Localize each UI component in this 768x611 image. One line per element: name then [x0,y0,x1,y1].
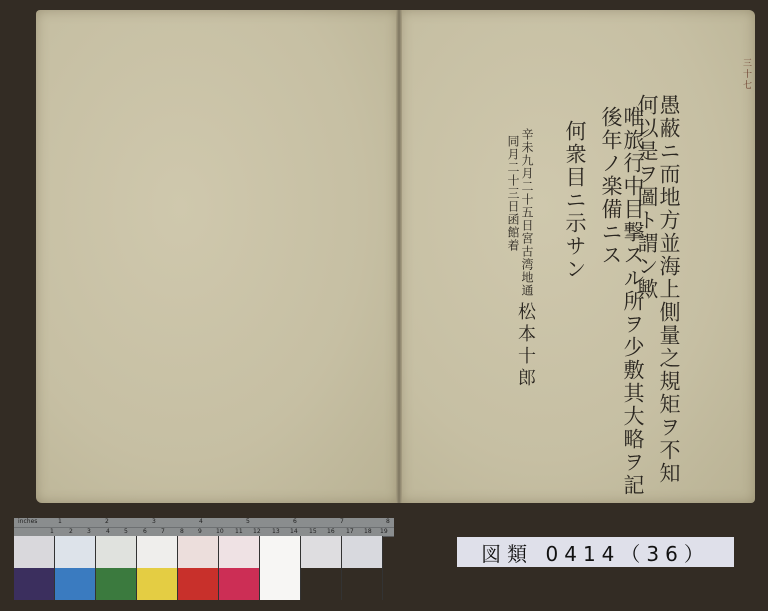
ruler: inches 1 2 3 4 5 6 7 8 1 2 3 4 5 6 7 8 9… [14,518,394,537]
cm-tick: 14 [290,528,298,535]
cm-tick: 10 [216,528,224,535]
page-number-mark: 三十七 [740,58,753,91]
color-swatch [96,568,137,600]
inch-tick: 8 [386,518,390,525]
color-swatch [178,536,219,568]
color-calibration-chart: inches 1 2 3 4 5 6 7 8 1 2 3 4 5 6 7 8 9… [14,518,394,610]
color-swatch [14,568,55,600]
catalog-label: 図類 0414（36） [457,537,734,567]
cm-tick: 17 [346,528,354,535]
left-page [36,10,398,503]
book-spine-fold [396,10,402,503]
color-swatch [301,568,342,600]
color-swatch [260,536,301,568]
cm-tick: 15 [309,528,317,535]
ruler-inches: inches 1 2 3 4 5 6 7 8 [14,518,394,527]
swatch-row-bottom [14,568,383,600]
inch-tick: 1 [58,518,62,525]
cm-tick: 18 [364,528,372,535]
swatch-row-top [14,536,383,568]
inch-tick: 7 [340,518,344,525]
cm-tick: 4 [106,528,110,535]
inch-tick: 2 [105,518,109,525]
catalog-number: 図類 0414（36） [481,538,710,567]
color-swatch [14,536,55,568]
cm-tick: 13 [272,528,280,535]
color-swatch [342,568,383,600]
color-swatch [219,536,260,568]
inch-unit-label: inches [18,518,37,525]
color-swatch [260,568,301,600]
color-swatch [55,568,96,600]
inch-tick: 5 [246,518,250,525]
cm-tick: 2 [69,528,73,535]
text-column-2: 唯旅行中目撃スル所ヲ少敷其大略ヲ記後年ノ楽備ニス [600,106,644,503]
cm-tick: 3 [87,528,91,535]
cm-tick: 11 [235,528,243,535]
cm-tick: 1 [50,528,54,535]
color-swatch [55,536,96,568]
text-column-3: 何衆目ニ示サン [564,120,586,281]
cm-tick: 6 [143,528,147,535]
inch-tick: 4 [199,518,203,525]
right-page: 三十七 愚蔽ニ而地方並海上側量之規矩ヲ不知何以是ヲ圖ト謂ン歟 唯旅行中目撃スル所… [400,10,755,503]
color-swatch [96,536,137,568]
color-swatch [301,536,342,568]
color-swatch [219,568,260,600]
cm-tick: 16 [327,528,335,535]
color-swatch [137,568,178,600]
color-swatch [137,536,178,568]
cm-tick: 7 [161,528,165,535]
inch-tick: 3 [152,518,156,525]
cm-tick: 12 [253,528,261,535]
cm-tick: 19 [380,528,388,535]
open-book: 三十七 愚蔽ニ而地方並海上側量之規矩ヲ不知何以是ヲ圖ト謂ン歟 唯旅行中目撃スル所… [36,10,755,503]
date-note-column-2: 同月二十三日函館着 [506,135,519,252]
cm-tick: 5 [124,528,128,535]
date-note-column-1: 辛未九月二十五日宮古湾地通 [520,128,533,297]
color-swatch [342,536,383,568]
cm-tick: 8 [180,528,184,535]
signature: 松本十郎 [512,302,538,390]
color-swatch [178,568,219,600]
cm-tick: 9 [198,528,202,535]
inch-tick: 6 [293,518,297,525]
